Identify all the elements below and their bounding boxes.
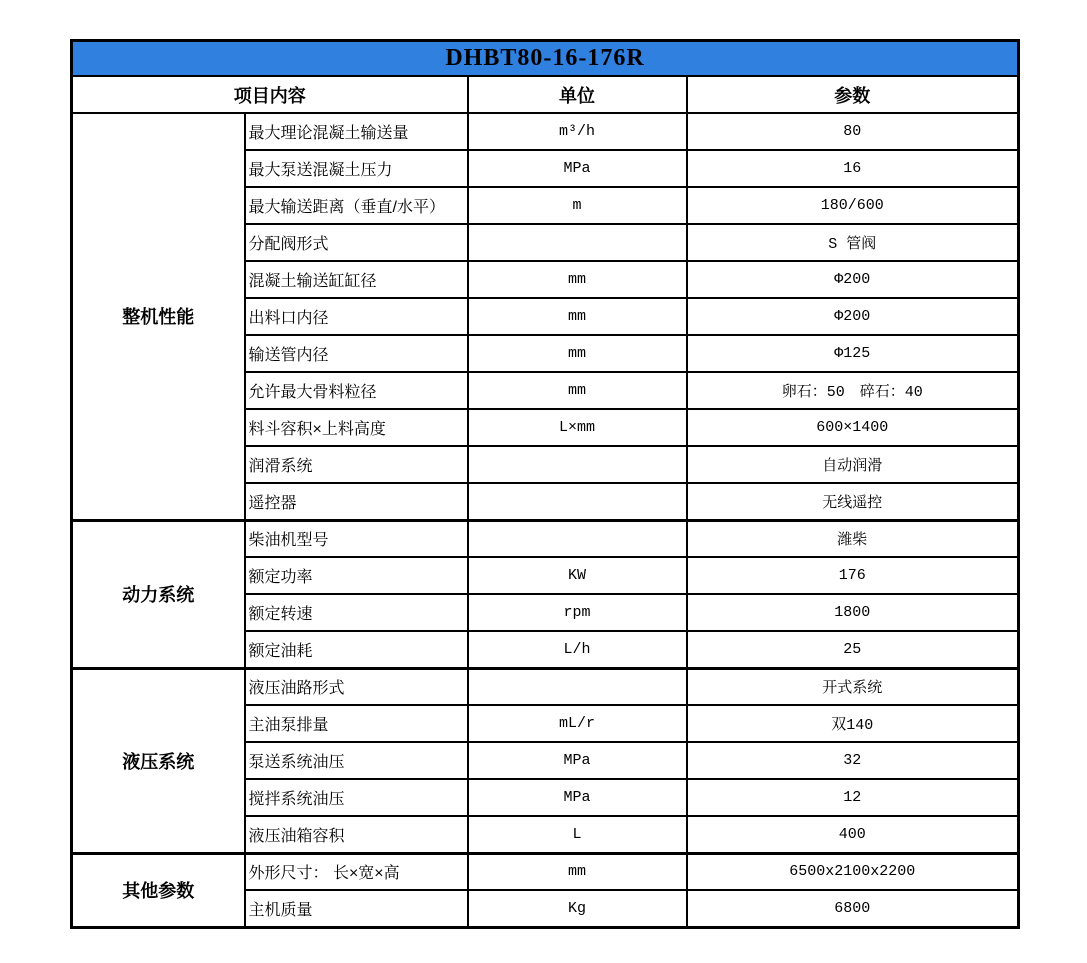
spec-value: 80 xyxy=(687,113,1019,150)
spec-item: 柴油机型号 xyxy=(245,520,468,557)
spec-value: Φ200 xyxy=(687,298,1019,335)
spec-item: 额定功率 xyxy=(245,557,468,594)
spec-item: 搅拌系统油压 xyxy=(245,779,468,816)
spec-item: 允许最大骨料粒径 xyxy=(245,372,468,409)
spec-unit: m³/h xyxy=(468,113,687,150)
spec-item: 最大泵送混凝土压力 xyxy=(245,150,468,187)
spec-value: Φ200 xyxy=(687,261,1019,298)
spec-value: 180/600 xyxy=(687,187,1019,224)
spec-unit: L xyxy=(468,816,687,853)
spec-item: 出料口内径 xyxy=(245,298,468,335)
spec-item: 主油泵排量 xyxy=(245,705,468,742)
spec-item: 额定油耗 xyxy=(245,631,468,668)
spec-unit: mm xyxy=(468,298,687,335)
spec-value: 6800 xyxy=(687,890,1019,927)
spec-unit xyxy=(468,668,687,705)
spec-value: 潍柴 xyxy=(687,520,1019,557)
spec-value: 开式系统 xyxy=(687,668,1019,705)
spec-item: 料斗容积×上料高度 xyxy=(245,409,468,446)
spec-item: 最大输送距离（垂直/水平） xyxy=(245,187,468,224)
spec-value: 卵石：50 碎石：40 xyxy=(687,372,1019,409)
table-row: 其他参数 外形尺寸： 长×宽×高 mm 6500x2100x2200 xyxy=(72,853,1019,890)
spec-item: 混凝土输送缸缸径 xyxy=(245,261,468,298)
spec-item: 润滑系统 xyxy=(245,446,468,483)
spec-value: 400 xyxy=(687,816,1019,853)
spec-unit: KW xyxy=(468,557,687,594)
spec-value: 6500x2100x2200 xyxy=(687,853,1019,890)
group-label-overall-performance: 整机性能 xyxy=(72,113,245,520)
spec-value: 自动润滑 xyxy=(687,446,1019,483)
spec-unit: MPa xyxy=(468,150,687,187)
spec-item: 最大理论混凝土输送量 xyxy=(245,113,468,150)
spec-unit: Kg xyxy=(468,890,687,927)
spec-unit: MPa xyxy=(468,742,687,779)
spec-item: 额定转速 xyxy=(245,594,468,631)
spec-unit xyxy=(468,446,687,483)
spec-unit xyxy=(468,520,687,557)
spec-item: 输送管内径 xyxy=(245,335,468,372)
spec-unit: L/h xyxy=(468,631,687,668)
spec-value: 1800 xyxy=(687,594,1019,631)
group-label-hydraulic-system: 液压系统 xyxy=(72,668,245,853)
spec-value: 双140 xyxy=(687,705,1019,742)
spec-item: 分配阀形式 xyxy=(245,224,468,261)
title-row: DHBT80-16-176R xyxy=(72,41,1019,77)
spec-unit: L×mm xyxy=(468,409,687,446)
spec-value: 无线遥控 xyxy=(687,483,1019,520)
header-row: 项目内容 单位 参数 xyxy=(72,76,1019,113)
table-row: 动力系统 柴油机型号 潍柴 xyxy=(72,520,1019,557)
spec-item: 遥控器 xyxy=(245,483,468,520)
spec-unit: mm xyxy=(468,335,687,372)
spec-unit: rpm xyxy=(468,594,687,631)
spec-value: 600×1400 xyxy=(687,409,1019,446)
spec-unit: mL/r xyxy=(468,705,687,742)
spec-sheet: DHBT80-16-176R 项目内容 单位 参数 整机性能 最大理论混凝土输送… xyxy=(70,39,1020,929)
spec-item: 液压油路形式 xyxy=(245,668,468,705)
spec-unit: mm xyxy=(468,372,687,409)
table-row: 液压系统 液压油路形式 开式系统 xyxy=(72,668,1019,705)
header-parameter: 参数 xyxy=(687,76,1019,113)
table-title: DHBT80-16-176R xyxy=(72,41,1019,77)
spec-unit xyxy=(468,483,687,520)
table-row: 整机性能 最大理论混凝土输送量 m³/h 80 xyxy=(72,113,1019,150)
spec-item: 液压油箱容积 xyxy=(245,816,468,853)
spec-value: 176 xyxy=(687,557,1019,594)
spec-table: DHBT80-16-176R 项目内容 单位 参数 整机性能 最大理论混凝土输送… xyxy=(70,39,1020,929)
spec-unit: MPa xyxy=(468,779,687,816)
spec-item: 泵送系统油压 xyxy=(245,742,468,779)
spec-unit xyxy=(468,224,687,261)
spec-value: 12 xyxy=(687,779,1019,816)
header-item-content: 项目内容 xyxy=(72,76,468,113)
header-unit: 单位 xyxy=(468,76,687,113)
spec-value: 16 xyxy=(687,150,1019,187)
group-label-power-system: 动力系统 xyxy=(72,520,245,668)
spec-item: 外形尺寸： 长×宽×高 xyxy=(245,853,468,890)
spec-unit: mm xyxy=(468,853,687,890)
spec-unit: mm xyxy=(468,261,687,298)
spec-value: Φ125 xyxy=(687,335,1019,372)
group-label-other-parameters: 其他参数 xyxy=(72,853,245,927)
spec-unit: m xyxy=(468,187,687,224)
spec-item: 主机质量 xyxy=(245,890,468,927)
spec-value: 32 xyxy=(687,742,1019,779)
spec-value: 25 xyxy=(687,631,1019,668)
spec-value: S 管阀 xyxy=(687,224,1019,261)
